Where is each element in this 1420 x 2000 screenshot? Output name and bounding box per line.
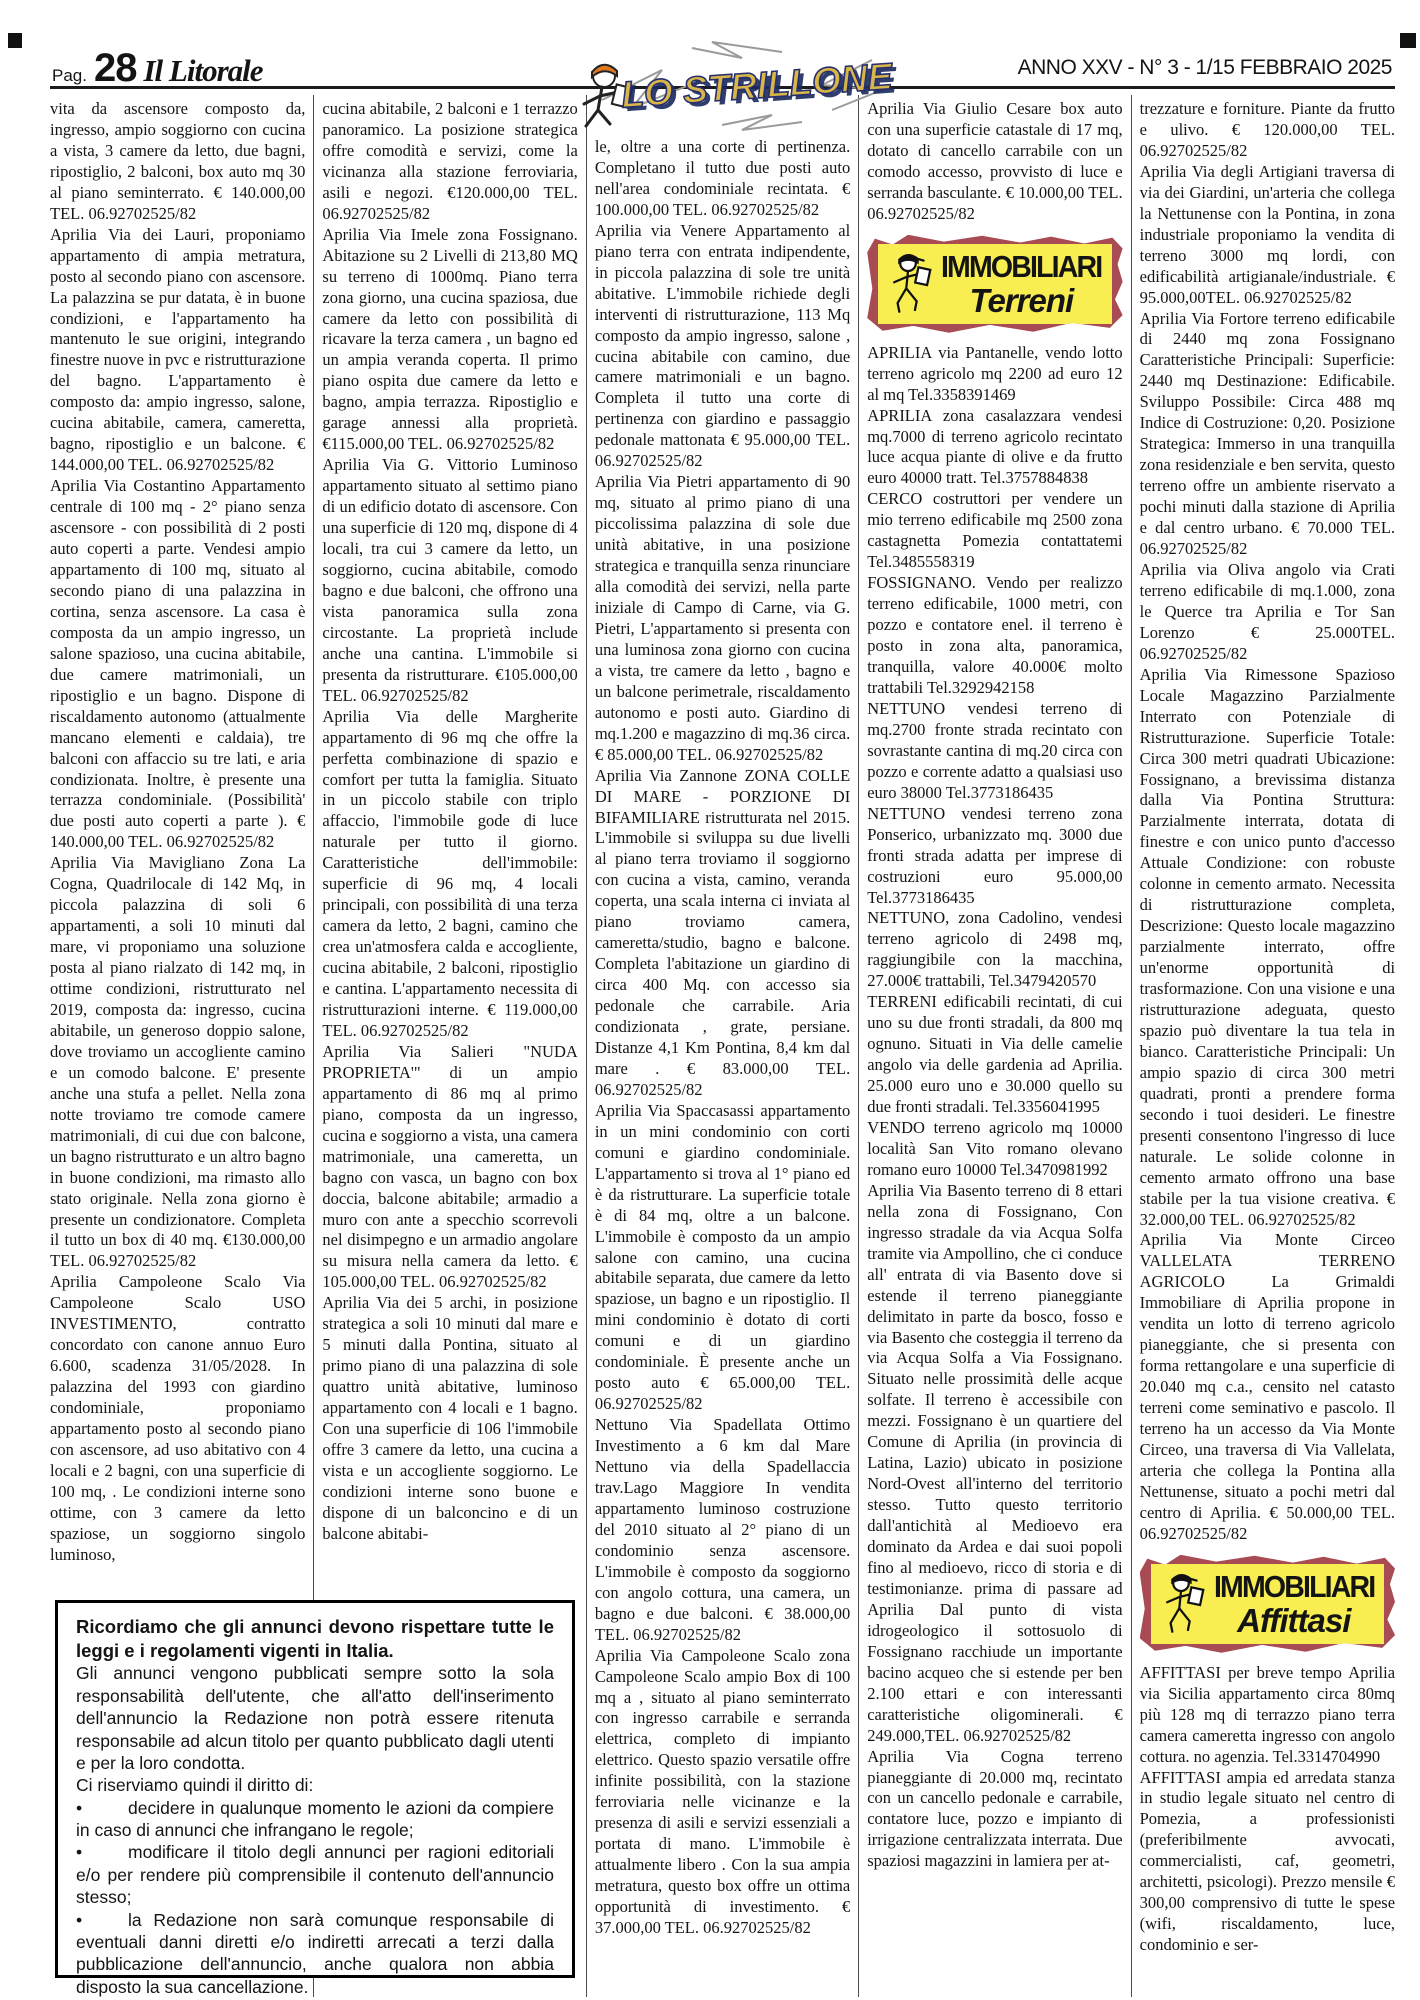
rules-notice-box: Ricordiamo che gli annunci devono rispet…	[55, 1600, 575, 1978]
scan-mark-left	[8, 33, 22, 48]
ad-item: Aprilia Via Rimessone Spazioso Locale Ma…	[1140, 665, 1395, 1231]
badge-inner: IMMOBILIARITerreni	[878, 244, 1111, 324]
newspaper-page: Pag. 28 Il Litorale ANNO XXV - N° 3 - 1/…	[0, 0, 1420, 2000]
badge-line2: Terreni	[934, 284, 1108, 317]
column-5: trezzature e forniture. Piante da frutto…	[1131, 95, 1395, 1997]
ad-item: NETTUNO vendesi terreno di mq.2700 front…	[867, 699, 1122, 804]
badge-line2: Affittasi	[1207, 1604, 1381, 1637]
bullet-icon: •	[76, 1909, 128, 1931]
ad-item: Aprilia Via Costantino Appartamento cent…	[50, 476, 305, 853]
bullet-icon: •	[76, 1797, 128, 1819]
ad-item: Aprilia Via dei Lauri, proponiamo appart…	[50, 225, 305, 476]
notice-bullet: •modificare il titolo degli annunci per …	[76, 1841, 554, 1908]
ad-item: CERCO costruttori per vendere un mio ter…	[867, 489, 1122, 573]
ad-item: cucina abitabile, 2 balconi e 1 terrazzo…	[322, 99, 577, 225]
column-4: Aprilia Via Giulio Cesare box auto con u…	[858, 95, 1130, 1997]
ad-item: le, oltre a una corte di pertinenza. Com…	[595, 137, 850, 221]
ad-item: Aprilia Via Pietri appartamento di 90 mq…	[595, 472, 850, 765]
immobiliari-affittasi-badge: IMMOBILIARIAffittasi	[1140, 1555, 1395, 1653]
ad-item: vita da ascensore composto da, ingresso,…	[50, 99, 305, 225]
ad-item: Aprilia Via Spaccasassi appartamento in …	[595, 1101, 850, 1415]
column-3: le, oltre a una corte di pertinenza. Com…	[586, 95, 858, 1997]
page-number: 28	[94, 48, 137, 88]
notice-bullet: •decidere in qualunque momento le azioni…	[76, 1797, 554, 1842]
ad-item: Aprilia Via Fortore terreno edificabile …	[1140, 309, 1395, 560]
badge-inner: IMMOBILIARIAffittasi	[1151, 1564, 1384, 1644]
ad-item: AFFITTASI ampia ed arredata stanza in st…	[1140, 1768, 1395, 1957]
ad-item: Aprilia Via delle Margherite appartament…	[322, 707, 577, 1042]
header-left: Pag. 28 Il Litorale	[52, 48, 263, 89]
scan-mark-right	[1400, 33, 1416, 48]
notice-bullet: •la Redazione non sarà comunque responsa…	[76, 1909, 554, 1999]
lo-strillone-logo: LO STRILLONE LO STRILLONE	[572, 30, 912, 136]
ad-item: Aprilia Campoleone Scalo Via Campoleone …	[50, 1272, 305, 1565]
ad-item: Aprilia Via dei 5 archi, in posizione st…	[322, 1293, 577, 1544]
ad-item: Aprilia Via Basento terreno di 8 ettari …	[867, 1181, 1122, 1747]
ad-item: Aprilia Via Mavigliano Zona La Cogna, Qu…	[50, 853, 305, 1272]
ad-item: Aprilia Via Imele zona Fossignano. Abita…	[322, 225, 577, 455]
ad-item: Nettuno Via Spadellata Ottimo Investimen…	[595, 1415, 850, 1645]
page-label: Pag.	[52, 66, 87, 86]
issue-info: ANNO XXV - N° 3 - 1/15 FEBBRAIO 2025	[1018, 56, 1392, 80]
newspaper-title: Il Litorale	[143, 53, 262, 89]
ad-item: AFFITTASI per breve tempo Aprilia via Si…	[1140, 1663, 1395, 1768]
ad-item: Aprilia Via Salieri "NUDA PROPRIETA'" di…	[322, 1042, 577, 1293]
ad-item: VENDO terreno agricolo mq 10000 località…	[867, 1118, 1122, 1181]
badge-line1: IMMOBILIARI	[1214, 1571, 1374, 1602]
ad-item: Aprilia Via Zannone ZONA COLLE DI MARE -…	[595, 766, 850, 1101]
ad-item: NETTUNO, zona Cadolino, vendesi terreno …	[867, 908, 1122, 992]
ad-item: Aprilia Via Monte Circeo VALLELATA TERRE…	[1140, 1230, 1395, 1544]
notice-title: Ricordiamo che gli annunci devono rispet…	[76, 1615, 554, 1662]
bullet-icon: •	[76, 1841, 128, 1863]
ad-item: Aprilia Via degli Artigiani traversa di …	[1140, 162, 1395, 309]
notice-lead: Ci riserviamo quindi il diritto di:	[76, 1774, 554, 1796]
badge-line1: IMMOBILIARI	[941, 251, 1101, 282]
immobiliari-terreni-badge: IMMOBILIARITerreni	[867, 235, 1122, 333]
ad-item: APRILIA zona casalazzara vendesi mq.7000…	[867, 406, 1122, 490]
ad-item: FOSSIGNANO. Vendo per realizzo terreno e…	[867, 573, 1122, 699]
newsboy-icon	[1155, 1565, 1207, 1643]
ad-item: Aprilia Via Campoleone Scalo zona Campol…	[595, 1646, 850, 1939]
ad-item: NETTUNO vendesi terreno zona Ponserico, …	[867, 804, 1122, 909]
ad-item: Aprilia Via G. Vittorio Luminoso apparta…	[322, 455, 577, 706]
ad-item: trezzature e forniture. Piante da frutto…	[1140, 99, 1395, 162]
ad-item: Aprilia via Oliva angolo via Crati terre…	[1140, 560, 1395, 665]
notice-intro: Gli annunci vengono pubblicati sempre so…	[76, 1662, 554, 1774]
ad-item: Aprilia via Venere Appartamento al piano…	[595, 221, 850, 472]
newsboy-icon	[882, 245, 934, 323]
ad-item: TERRENI edificabili recintati, di cui un…	[867, 992, 1122, 1118]
ad-item: APRILIA via Pantanelle, vendo lotto terr…	[867, 343, 1122, 406]
ad-item: Aprilia Via Cogna terreno pianeggiante d…	[867, 1747, 1122, 1873]
